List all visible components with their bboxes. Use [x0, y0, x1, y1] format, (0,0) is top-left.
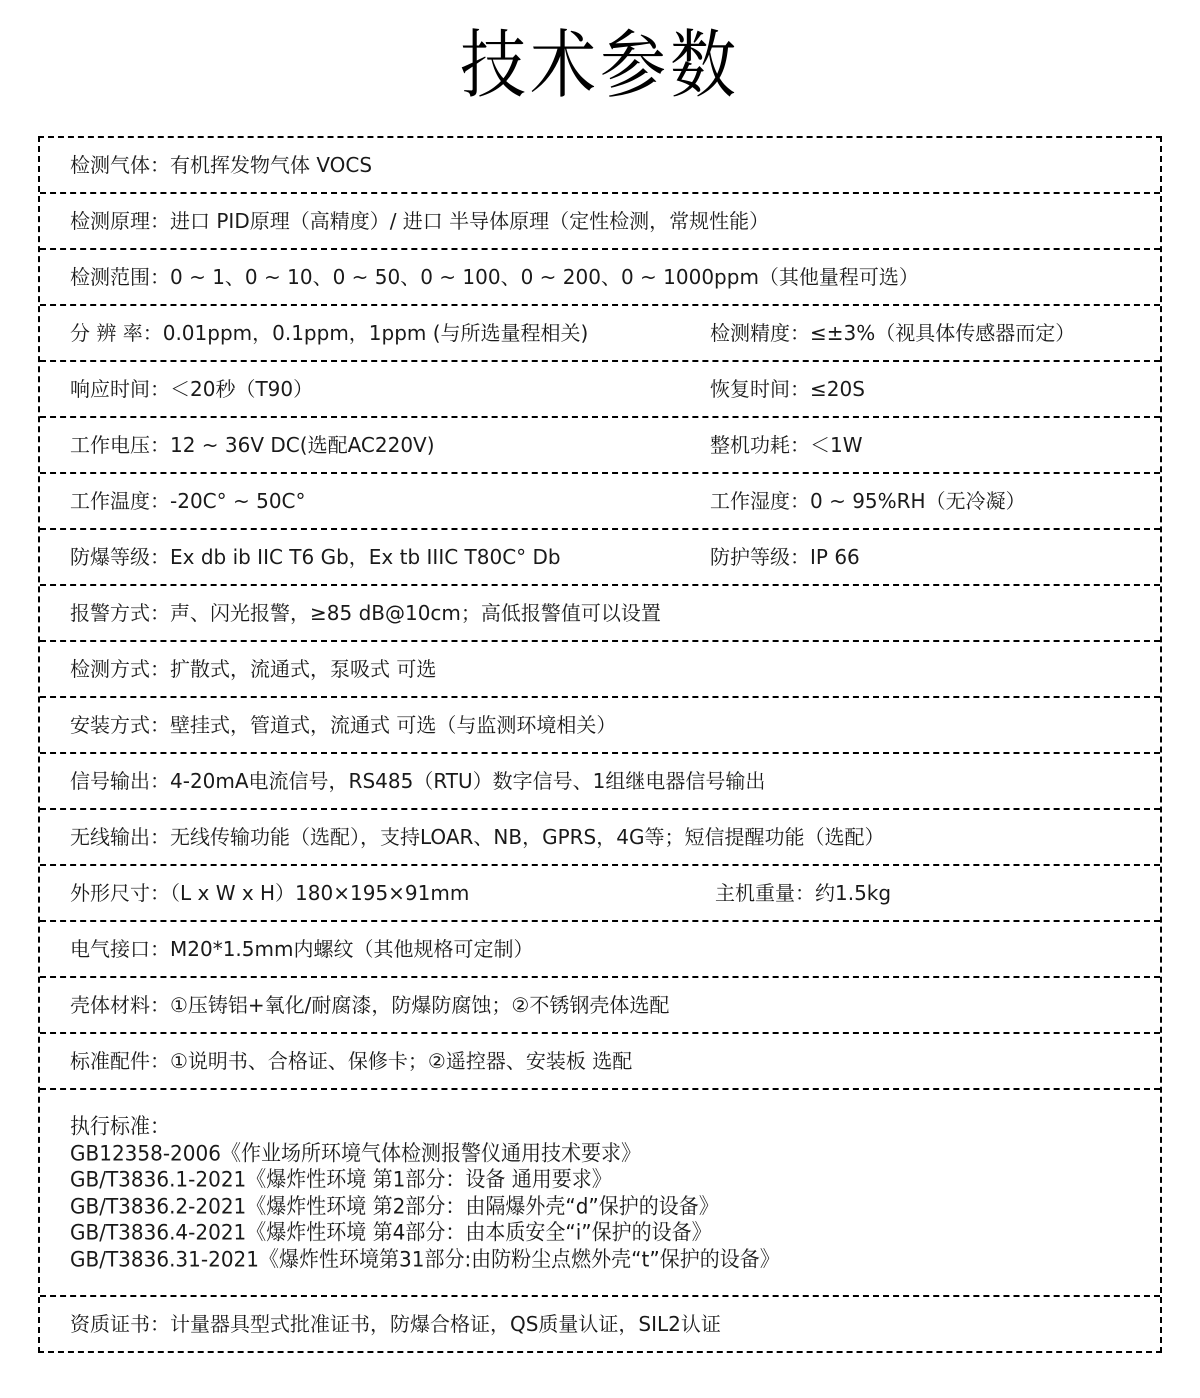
standards-block: 执行标准： GB12358-2006《作业场所环境气体检测报警仪通用技术要求》 …	[40, 1090, 1160, 1297]
page-title: 技术参数	[0, 21, 1200, 111]
spec-row-standard-accessories: 标准配件：①说明书、合格证、保修卡；②遥控器、安装板 选配	[40, 1034, 1160, 1090]
spec-gas: 检测气体：有机挥发物气体 VOCS	[70, 138, 372, 192]
standard-item: GB/T3836.2-2021《爆炸性环境 第2部分：由隔爆外壳“d”保护的设备…	[70, 1192, 1160, 1221]
spec-explosion-grade: 防爆等级：Ex db ib IIC T6 Gb，Ex tb IIIC T80C°…	[70, 530, 561, 584]
spec-humidity: 工作湿度：0 ~ 95%RH（无冷凝）	[710, 474, 1026, 528]
spec-standard-accessories: 标准配件：①说明书、合格证、保修卡；②遥控器、安装板 选配	[70, 1034, 632, 1088]
spec-row-explosion-protection: 防爆等级：Ex db ib IIC T6 Gb，Ex tb IIIC T80C°…	[40, 530, 1160, 586]
spec-alarm: 报警方式：声、闪光报警，≥85 dB@10cm；高低报警值可以设置	[70, 586, 661, 640]
spec-row-response-recovery: 响应时间：＜20秒（T90） 恢复时间：≤20S	[40, 362, 1160, 418]
spec-weight: 主机重量：约1.5kg	[715, 866, 891, 920]
spec-row-principle: 检测原理：进口 PID原理（高精度）/ 进口 半导体原理（定性检测，常规性能）	[40, 194, 1160, 250]
spec-range: 检测范围：0 ~ 1、0 ~ 10、0 ~ 50、0 ~ 100、0 ~ 200…	[70, 250, 919, 304]
spec-row-installation: 安装方式：壁挂式，管道式，流通式 可选（与监测环境相关）	[40, 698, 1160, 754]
spec-row-voltage-power: 工作电压：12 ~ 36V DC(选配AC220V) 整机功耗：＜1W	[40, 418, 1160, 474]
standard-item: GB12358-2006《作业场所环境气体检测报警仪通用技术要求》	[70, 1139, 1160, 1168]
spec-row-electrical-interface: 电气接口：M20*1.5mm内螺纹（其他规格可定制）	[40, 922, 1160, 978]
spec-recovery-time: 恢复时间：≤20S	[710, 362, 865, 416]
spec-row-gas: 检测气体：有机挥发物气体 VOCS	[40, 138, 1160, 194]
standard-item: GB/T3836.4-2021《爆炸性环境 第4部分：由本质安全“i”保护的设备…	[70, 1218, 1160, 1247]
spec-table: 检测气体：有机挥发物气体 VOCS 检测原理：进口 PID原理（高精度）/ 进口…	[38, 136, 1162, 1353]
spec-dimensions: 外形尺寸：（L x W x H）180×195×91mm	[70, 866, 469, 920]
spec-row-temperature-humidity: 工作温度：-20C° ~ 50C° 工作湿度：0 ~ 95%RH（无冷凝）	[40, 474, 1160, 530]
spec-electrical-interface: 电气接口：M20*1.5mm内螺纹（其他规格可定制）	[70, 922, 533, 976]
standard-item: GB/T3836.1-2021《爆炸性环境 第1部分：设备 通用要求》	[70, 1165, 1160, 1194]
spec-response-time: 响应时间：＜20秒（T90）	[70, 362, 313, 416]
spec-row-alarm: 报警方式：声、闪光报警，≥85 dB@10cm；高低报警值可以设置	[40, 586, 1160, 642]
spec-protection-grade: 防护等级：IP 66	[710, 530, 860, 584]
spec-temperature: 工作温度：-20C° ~ 50C°	[70, 474, 306, 528]
spec-row-dimensions-weight: 外形尺寸：（L x W x H）180×195×91mm 主机重量：约1.5kg	[40, 866, 1160, 922]
spec-voltage: 工作电压：12 ~ 36V DC(选配AC220V)	[70, 418, 435, 472]
spec-row-detection-mode: 检测方式：扩散式，流通式，泵吸式 可选	[40, 642, 1160, 698]
spec-housing-material: 壳体材料：①压铸铝+氧化/耐腐漆，防爆防腐蚀；②不锈钢壳体选配	[70, 978, 669, 1032]
spec-row-signal-output: 信号输出：4-20mA电流信号，RS485（RTU）数字信号、1组继电器信号输出	[40, 754, 1160, 810]
certificates-row: 资质证书：计量器具型式批准证书，防爆合格证，QS质量认证，SIL2认证	[40, 1297, 1160, 1351]
spec-row-wireless-output: 无线输出：无线传输功能（选配），支持LOAR、NB，GPRS，4G等；短信提醒功…	[40, 810, 1160, 866]
spec-installation: 安装方式：壁挂式，管道式，流通式 可选（与监测环境相关）	[70, 698, 616, 752]
spec-row-resolution-accuracy: 分 辨 率：0.01ppm，0.1ppm，1ppm (与所选量程相关) 检测精度…	[40, 306, 1160, 362]
spec-row-housing-material: 壳体材料：①压铸铝+氧化/耐腐漆，防爆防腐蚀；②不锈钢壳体选配	[40, 978, 1160, 1034]
standard-item: GB/T3836.31-2021《爆炸性环境第31部分:由防粉尘点燃外壳“t”保…	[70, 1245, 1160, 1274]
spec-signal-output: 信号输出：4-20mA电流信号，RS485（RTU）数字信号、1组继电器信号输出	[70, 754, 765, 808]
standards-heading: 执行标准：	[70, 1112, 1160, 1141]
spec-row-range: 检测范围：0 ~ 1、0 ~ 10、0 ~ 50、0 ~ 100、0 ~ 200…	[40, 250, 1160, 306]
spec-resolution: 分 辨 率：0.01ppm，0.1ppm，1ppm (与所选量程相关)	[70, 306, 588, 360]
spec-wireless-output: 无线输出：无线传输功能（选配），支持LOAR、NB，GPRS，4G等；短信提醒功…	[70, 810, 884, 864]
spec-principle: 检测原理：进口 PID原理（高精度）/ 进口 半导体原理（定性检测，常规性能）	[70, 194, 769, 248]
spec-power: 整机功耗：＜1W	[710, 418, 863, 472]
spec-detection-mode: 检测方式：扩散式，流通式，泵吸式 可选	[70, 642, 436, 696]
spec-accuracy: 检测精度：≤±3%（视具体传感器而定）	[710, 306, 1075, 360]
